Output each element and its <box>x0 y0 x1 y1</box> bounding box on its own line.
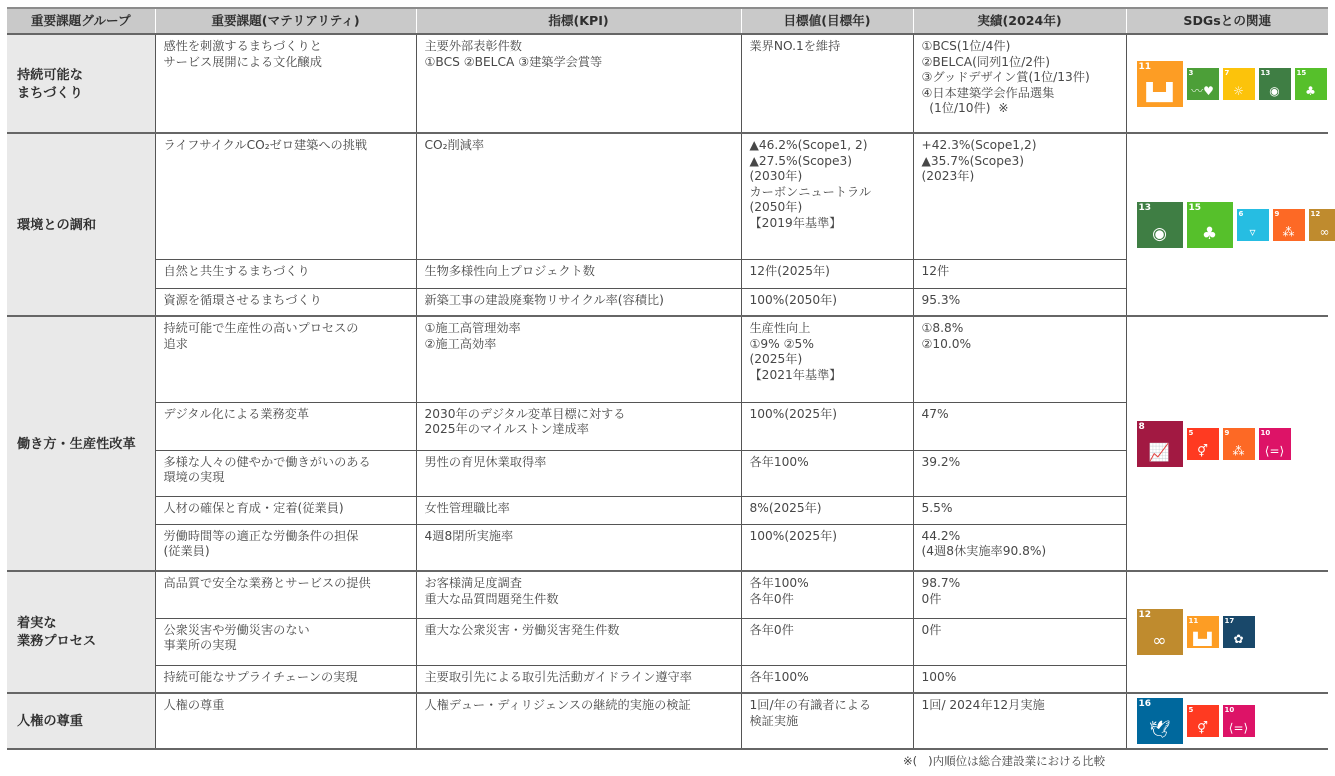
materiality-line: 労働時間等の適正な労働条件の担保 <box>164 529 408 545</box>
result-line: 44.2% <box>922 529 1118 545</box>
sdg-goal-7-icon: 7☼ <box>1223 68 1255 100</box>
kpi-line: 男性の育児休業取得率 <box>425 455 733 471</box>
result-line: ②BELCA(同列1位/2件) <box>922 55 1118 71</box>
result-cell: 39.2% <box>913 450 1126 496</box>
sdg-goal-3-icon: 3〰♥ <box>1187 68 1219 100</box>
sdg-goal-number: 9 <box>1225 429 1230 437</box>
group-name-line: 人権の尊重 <box>17 713 147 731</box>
result-cell: ①8.8%②10.0% <box>913 316 1126 402</box>
group-name-line: まちづくり <box>17 85 147 103</box>
sdg-icon-group: 13◉15♣6▿9⁂12∞ <box>1137 202 1329 248</box>
result-line: (4週8休実施率90.8%) <box>922 544 1118 560</box>
materiality-line: 持続可能なサプライチェーンの実現 <box>164 670 408 686</box>
target-cell: 100%(2025年) <box>741 524 913 571</box>
sdg-goal-number: 12 <box>1311 210 1321 218</box>
target-line: 業界NO.1を維持 <box>750 39 905 55</box>
target-cell: ▲46.2%(Scope1, 2)▲27.5%(Scope3)(2030年)カー… <box>741 133 913 259</box>
materiality-line: 多様な人々の健やかで働きがいのある <box>164 455 408 471</box>
table-header-row: 重要課題グループ 重要課題(マテリアリティ) 指標(KPI) 目標値(目標年) … <box>7 8 1328 34</box>
earth-eye-icon: ◉ <box>1137 226 1183 243</box>
sdgs-cell: 12∞11▙▟17✿ <box>1126 571 1328 693</box>
sdg-goal-number: 12 <box>1139 610 1152 620</box>
kpi-cell: 4週8閉所実施率 <box>416 524 741 571</box>
growth-chart-icon: 📈 <box>1137 445 1183 462</box>
sdg-goal-number: 6 <box>1239 210 1244 218</box>
table-row: 持続可能なまちづくり感性を刺激するまちづくりとサービス展開による文化醸成主要外部… <box>7 34 1328 133</box>
reduced-inequality-icon: ⟨=⟩ <box>1223 722 1255 734</box>
kpi-line: 生物多様性向上プロジェクト数 <box>425 264 733 280</box>
materiality-line: (従業員) <box>164 544 408 560</box>
group-name-cell: 環境との調和 <box>7 133 155 316</box>
target-line: 各年0件 <box>750 623 905 639</box>
target-line: 生産性向上 <box>750 321 905 337</box>
result-cell: 12件 <box>913 259 1126 288</box>
sdg-goal-10-icon: 10⟨=⟩ <box>1259 428 1291 460</box>
result-cell: 98.7%0件 <box>913 571 1126 618</box>
materiality-cell: 労働時間等の適正な労働条件の担保(従業員) <box>155 524 416 571</box>
result-line: 5.5% <box>922 501 1118 517</box>
kpi-cell: 男性の育児休業取得率 <box>416 450 741 496</box>
target-line: 検証実施 <box>750 714 905 730</box>
result-line: 100% <box>922 670 1118 686</box>
target-cell: 各年0件 <box>741 618 913 665</box>
group-name-line: 業務プロセス <box>17 633 147 651</box>
materiality-cell: 人材の確保と育成・定着(従業員) <box>155 496 416 524</box>
sdg-goal-number: 15 <box>1297 69 1307 77</box>
sdg-goal-number: 11 <box>1139 62 1152 72</box>
materiality-cell: デジタル化による業務変革 <box>155 402 416 450</box>
reduced-inequality-icon: ⟨=⟩ <box>1259 445 1291 457</box>
gender-equality-icon: ⚥ <box>1187 445 1219 457</box>
target-cell: 各年100% <box>741 665 913 693</box>
sdgs-cell: 13◉15♣6▿9⁂12∞ <box>1126 133 1328 316</box>
kpi-line: 主要取引先による取引先活動ガイドライン遵守率 <box>425 670 733 686</box>
sdg-icon-group: 16🕊5⚥10⟨=⟩ <box>1137 698 1329 744</box>
result-line: 95.3% <box>922 293 1118 309</box>
target-line: 各年100% <box>750 576 905 592</box>
materiality-cell: 多様な人々の健やかで働きがいのある環境の実現 <box>155 450 416 496</box>
materiality-line: 追求 <box>164 337 408 353</box>
sdg-goal-number: 5 <box>1189 706 1194 714</box>
sdg-goal-9-icon: 9⁂ <box>1273 209 1305 241</box>
group-name-cell: 着実な業務プロセス <box>7 571 155 693</box>
result-cell: 1回/ 2024年12月実施 <box>913 693 1126 749</box>
kpi-cell: 女性管理職比率 <box>416 496 741 524</box>
materiality-line: 人権の尊重 <box>164 698 408 714</box>
result-line: +42.3%(Scope1,2) <box>922 138 1118 154</box>
kpi-line: CO₂削減率 <box>425 138 733 154</box>
sdg-goal-number: 7 <box>1225 69 1230 77</box>
materiality-cell: 持続可能なサプライチェーンの実現 <box>155 665 416 693</box>
result-line: 12件 <box>922 264 1118 280</box>
header-target: 目標値(目標年) <box>741 8 913 34</box>
sdg-goal-13-icon: 13◉ <box>1137 202 1183 248</box>
materiality-line: 自然と共生するまちづくり <box>164 264 408 280</box>
result-cell: ①BCS(1位/4件)②BELCA(同列1位/2件)③グッドデザイン賞(1位/1… <box>913 34 1126 133</box>
sdg-goal-11-icon: 11▙▟ <box>1137 61 1183 107</box>
cubes-icon: ⁂ <box>1273 226 1305 238</box>
materiality-line: 事業所の実現 <box>164 638 408 654</box>
sdg-icon-group: 8📈5⚥9⁂10⟨=⟩ <box>1137 421 1329 467</box>
group-name-line: 環境との調和 <box>17 217 147 235</box>
target-line: 【2021年基準】 <box>750 368 905 384</box>
group-name-line: 持続可能な <box>17 67 147 85</box>
result-line: 0件 <box>922 592 1118 608</box>
target-line: ①9% ②5% <box>750 337 905 353</box>
table-body: 持続可能なまちづくり感性を刺激するまちづくりとサービス展開による文化醸成主要外部… <box>7 34 1328 749</box>
water-glass-icon: ▿ <box>1237 226 1269 238</box>
group-name-cell: 持続可能なまちづくり <box>7 34 155 133</box>
sdg-goal-number: 17 <box>1225 617 1235 625</box>
result-line: ①BCS(1位/4件) <box>922 39 1118 55</box>
materiality-line: デジタル化による業務変革 <box>164 407 408 423</box>
materiality-cell: 人権の尊重 <box>155 693 416 749</box>
sdg-goal-number: 13 <box>1139 203 1152 213</box>
sdg-goal-6-icon: 6▿ <box>1237 209 1269 241</box>
target-line: (2050年) <box>750 200 905 216</box>
kpi-line: 新築工事の建設廃棄物リサイクル率(容積比) <box>425 293 733 309</box>
header-kpi: 指標(KPI) <box>416 8 741 34</box>
target-line: ▲27.5%(Scope3) <box>750 154 905 170</box>
result-line: 1回/ 2024年12月実施 <box>922 698 1118 714</box>
materiality-cell: 資源を循環させるまちづくり <box>155 288 416 316</box>
sdg-icon-group: 12∞11▙▟17✿ <box>1137 609 1329 655</box>
partnership-icon: ✿ <box>1223 633 1255 645</box>
target-line: カーボンニュートラル <box>750 185 905 201</box>
sdgs-cell: 16🕊5⚥10⟨=⟩ <box>1126 693 1328 749</box>
kpi-line: 2030年のデジタル変革目標に対する <box>425 407 733 423</box>
kpi-line: 女性管理職比率 <box>425 501 733 517</box>
city-icon: ▙▟ <box>1137 85 1183 102</box>
target-line: 12件(2025年) <box>750 264 905 280</box>
materiality-line: 環境の実現 <box>164 470 408 486</box>
result-line: ▲35.7%(Scope3) <box>922 154 1118 170</box>
sdg-goal-number: 3 <box>1189 69 1194 77</box>
sdg-goal-15-icon: 15♣ <box>1187 202 1233 248</box>
gender-equality-icon: ⚥ <box>1187 722 1219 734</box>
infinity-icon: ∞ <box>1137 633 1183 650</box>
kpi-line: ②施工高効率 <box>425 337 733 353</box>
result-line: (1位/10件) ※ <box>922 101 1118 117</box>
sdg-icon-group: 11▙▟3〰♥7☼13◉15♣ <box>1137 61 1329 107</box>
kpi-cell: CO₂削減率 <box>416 133 741 259</box>
sdg-goal-5-icon: 5⚥ <box>1187 705 1219 737</box>
materiality-line: 資源を循環させるまちづくり <box>164 293 408 309</box>
target-line: 1回/年の有識者による <box>750 698 905 714</box>
materiality-line: 公衆災害や労働災害のない <box>164 623 408 639</box>
group-name-cell: 働き方・生産性改革 <box>7 316 155 571</box>
sdg-goal-8-icon: 8📈 <box>1137 421 1183 467</box>
materiality-cell: 持続可能で生産性の高いプロセスの追求 <box>155 316 416 402</box>
kpi-line: お客様満足度調査 <box>425 576 733 592</box>
result-line: 47% <box>922 407 1118 423</box>
table-row: 着実な業務プロセス高品質で安全な業務とサービスの提供お客様満足度調査重大な品質問… <box>7 571 1328 618</box>
target-cell: 各年100%各年0件 <box>741 571 913 618</box>
table-row: 人権の尊重人権の尊重人権デュー・ディリジェンスの継続的実施の検証1回/年の有識者… <box>7 693 1328 749</box>
table-row: 働き方・生産性改革持続可能で生産性の高いプロセスの追求①施工高管理効率②施工高効… <box>7 316 1328 402</box>
sdg-goal-15-icon: 15♣ <box>1295 68 1327 100</box>
result-line: ③グッドデザイン賞(1位/13件) <box>922 70 1118 86</box>
kpi-cell: 主要外部表彰件数①BCS ②BELCA ③建築学会賞等 <box>416 34 741 133</box>
kpi-line: 主要外部表彰件数 <box>425 39 733 55</box>
sdg-goal-13-icon: 13◉ <box>1259 68 1291 100</box>
result-cell: 44.2%(4週8休実施率90.8%) <box>913 524 1126 571</box>
result-cell: 47% <box>913 402 1126 450</box>
dove-icon: 🕊 <box>1137 722 1183 739</box>
result-line: 98.7% <box>922 576 1118 592</box>
target-cell: 1回/年の有識者による検証実施 <box>741 693 913 749</box>
materiality-cell: 公衆災害や労働災害のない事業所の実現 <box>155 618 416 665</box>
sdg-goal-9-icon: 9⁂ <box>1223 428 1255 460</box>
result-cell: +42.3%(Scope1,2)▲35.7%(Scope3)(2023年) <box>913 133 1126 259</box>
kpi-cell: 生物多様性向上プロジェクト数 <box>416 259 741 288</box>
sdg-goal-number: 13 <box>1261 69 1271 77</box>
result-cell: 5.5% <box>913 496 1126 524</box>
sdgs-cell: 8📈5⚥9⁂10⟨=⟩ <box>1126 316 1328 571</box>
target-line: (2025年) <box>750 352 905 368</box>
target-line: (2030年) <box>750 169 905 185</box>
target-line: 100%(2050年) <box>750 293 905 309</box>
target-cell: 業界NO.1を維持 <box>741 34 913 133</box>
sdgs-cell: 11▙▟3〰♥7☼13◉15♣ <box>1126 34 1328 133</box>
target-cell: 12件(2025年) <box>741 259 913 288</box>
kpi-line: 人権デュー・ディリジェンスの継続的実施の検証 <box>425 698 733 714</box>
result-cell: 0件 <box>913 618 1126 665</box>
sdg-goal-number: 10 <box>1261 429 1271 437</box>
materiality-line: ライフサイクルCO₂ゼロ建築への挑戦 <box>164 138 408 154</box>
kpi-line: ①BCS ②BELCA ③建築学会賞等 <box>425 55 733 71</box>
result-line: ②10.0% <box>922 337 1118 353</box>
result-line: ①8.8% <box>922 321 1118 337</box>
kpi-cell: 主要取引先による取引先活動ガイドライン遵守率 <box>416 665 741 693</box>
city-icon: ▙▟ <box>1187 633 1219 645</box>
materiality-line: サービス展開による文化醸成 <box>164 55 408 71</box>
sdg-goal-12-icon: 12∞ <box>1137 609 1183 655</box>
result-cell: 95.3% <box>913 288 1126 316</box>
header-result: 実績(2024年) <box>913 8 1126 34</box>
kpi-cell: お客様満足度調査重大な品質問題発生件数 <box>416 571 741 618</box>
target-cell: 生産性向上①9% ②5%(2025年)【2021年基準】 <box>741 316 913 402</box>
sdg-goal-number: 8 <box>1139 422 1145 432</box>
sdg-goal-number: 9 <box>1275 210 1280 218</box>
group-name-line: 働き方・生産性改革 <box>17 436 147 454</box>
kpi-cell: 新築工事の建設廃棄物リサイクル率(容積比) <box>416 288 741 316</box>
materiality-line: 感性を刺激するまちづくりと <box>164 39 408 55</box>
kpi-line: 重大な品質問題発生件数 <box>425 592 733 608</box>
result-line: 0件 <box>922 623 1118 639</box>
materiality-line: 人材の確保と育成・定着(従業員) <box>164 501 408 517</box>
target-line: 各年100% <box>750 455 905 471</box>
sdg-goal-12-icon: 12∞ <box>1309 209 1335 241</box>
sun-icon: ☼ <box>1223 85 1255 97</box>
tree-icon: ♣ <box>1295 85 1327 97</box>
kpi-cell: 2030年のデジタル変革目標に対する2025年のマイルストン達成率 <box>416 402 741 450</box>
cubes-icon: ⁂ <box>1223 445 1255 457</box>
group-name-cell: 人権の尊重 <box>7 693 155 749</box>
target-line: 【2019年基準】 <box>750 216 905 232</box>
sdg-goal-10-icon: 10⟨=⟩ <box>1223 705 1255 737</box>
kpi-line: ①施工高管理効率 <box>425 321 733 337</box>
target-line: 100%(2025年) <box>750 529 905 545</box>
result-line: ④日本建築学会作品選集 <box>922 86 1118 102</box>
result-line: (2023年) <box>922 169 1118 185</box>
header-group: 重要課題グループ <box>7 8 155 34</box>
table-row: 環境との調和ライフサイクルCO₂ゼロ建築への挑戦CO₂削減率▲46.2%(Sco… <box>7 133 1328 259</box>
materiality-line: 高品質で安全な業務とサービスの提供 <box>164 576 408 592</box>
kpi-cell: 重大な公衆災害・労働災害発生件数 <box>416 618 741 665</box>
target-line: 8%(2025年) <box>750 501 905 517</box>
kpi-line: 重大な公衆災害・労働災害発生件数 <box>425 623 733 639</box>
target-cell: 各年100% <box>741 450 913 496</box>
materiality-line: 持続可能で生産性の高いプロセスの <box>164 321 408 337</box>
sdg-goal-number: 15 <box>1189 203 1202 213</box>
earth-eye-icon: ◉ <box>1259 85 1291 97</box>
group-name-line: 着実な <box>17 615 147 633</box>
materiality-cell: ライフサイクルCO₂ゼロ建築への挑戦 <box>155 133 416 259</box>
target-cell: 8%(2025年) <box>741 496 913 524</box>
result-line: 39.2% <box>922 455 1118 471</box>
header-materiality: 重要課題(マテリアリティ) <box>155 8 416 34</box>
result-cell: 100% <box>913 665 1126 693</box>
sdg-goal-16-icon: 16🕊 <box>1137 698 1183 744</box>
sdg-goal-5-icon: 5⚥ <box>1187 428 1219 460</box>
footnote: ※( )内順位は総合建設業における比較 <box>903 753 1105 769</box>
sdg-goal-number: 16 <box>1139 699 1152 709</box>
sdg-goal-number: 10 <box>1225 706 1235 714</box>
materiality-cell: 高品質で安全な業務とサービスの提供 <box>155 571 416 618</box>
target-line: 100%(2025年) <box>750 407 905 423</box>
kpi-cell: 人権デュー・ディリジェンスの継続的実施の検証 <box>416 693 741 749</box>
heartbeat-icon: 〰♥ <box>1187 85 1219 97</box>
header-sdgs: SDGsとの関連 <box>1126 8 1328 34</box>
infinity-icon: ∞ <box>1309 226 1335 238</box>
materiality-cell: 自然と共生するまちづくり <box>155 259 416 288</box>
sdg-goal-number: 5 <box>1189 429 1194 437</box>
kpi-cell: ①施工高管理効率②施工高効率 <box>416 316 741 402</box>
target-line: ▲46.2%(Scope1, 2) <box>750 138 905 154</box>
sdg-goal-number: 11 <box>1189 617 1199 625</box>
kpi-line: 4週8閉所実施率 <box>425 529 733 545</box>
target-cell: 100%(2050年) <box>741 288 913 316</box>
target-cell: 100%(2025年) <box>741 402 913 450</box>
sdg-goal-11-icon: 11▙▟ <box>1187 616 1219 648</box>
target-line: 各年0件 <box>750 592 905 608</box>
tree-icon: ♣ <box>1187 226 1233 243</box>
materiality-cell: 感性を刺激するまちづくりとサービス展開による文化醸成 <box>155 34 416 133</box>
sdg-goal-17-icon: 17✿ <box>1223 616 1255 648</box>
target-line: 各年100% <box>750 670 905 686</box>
materiality-kpi-table: 重要課題グループ 重要課題(マテリアリティ) 指標(KPI) 目標値(目標年) … <box>7 7 1328 750</box>
kpi-line: 2025年のマイルストン達成率 <box>425 422 733 438</box>
